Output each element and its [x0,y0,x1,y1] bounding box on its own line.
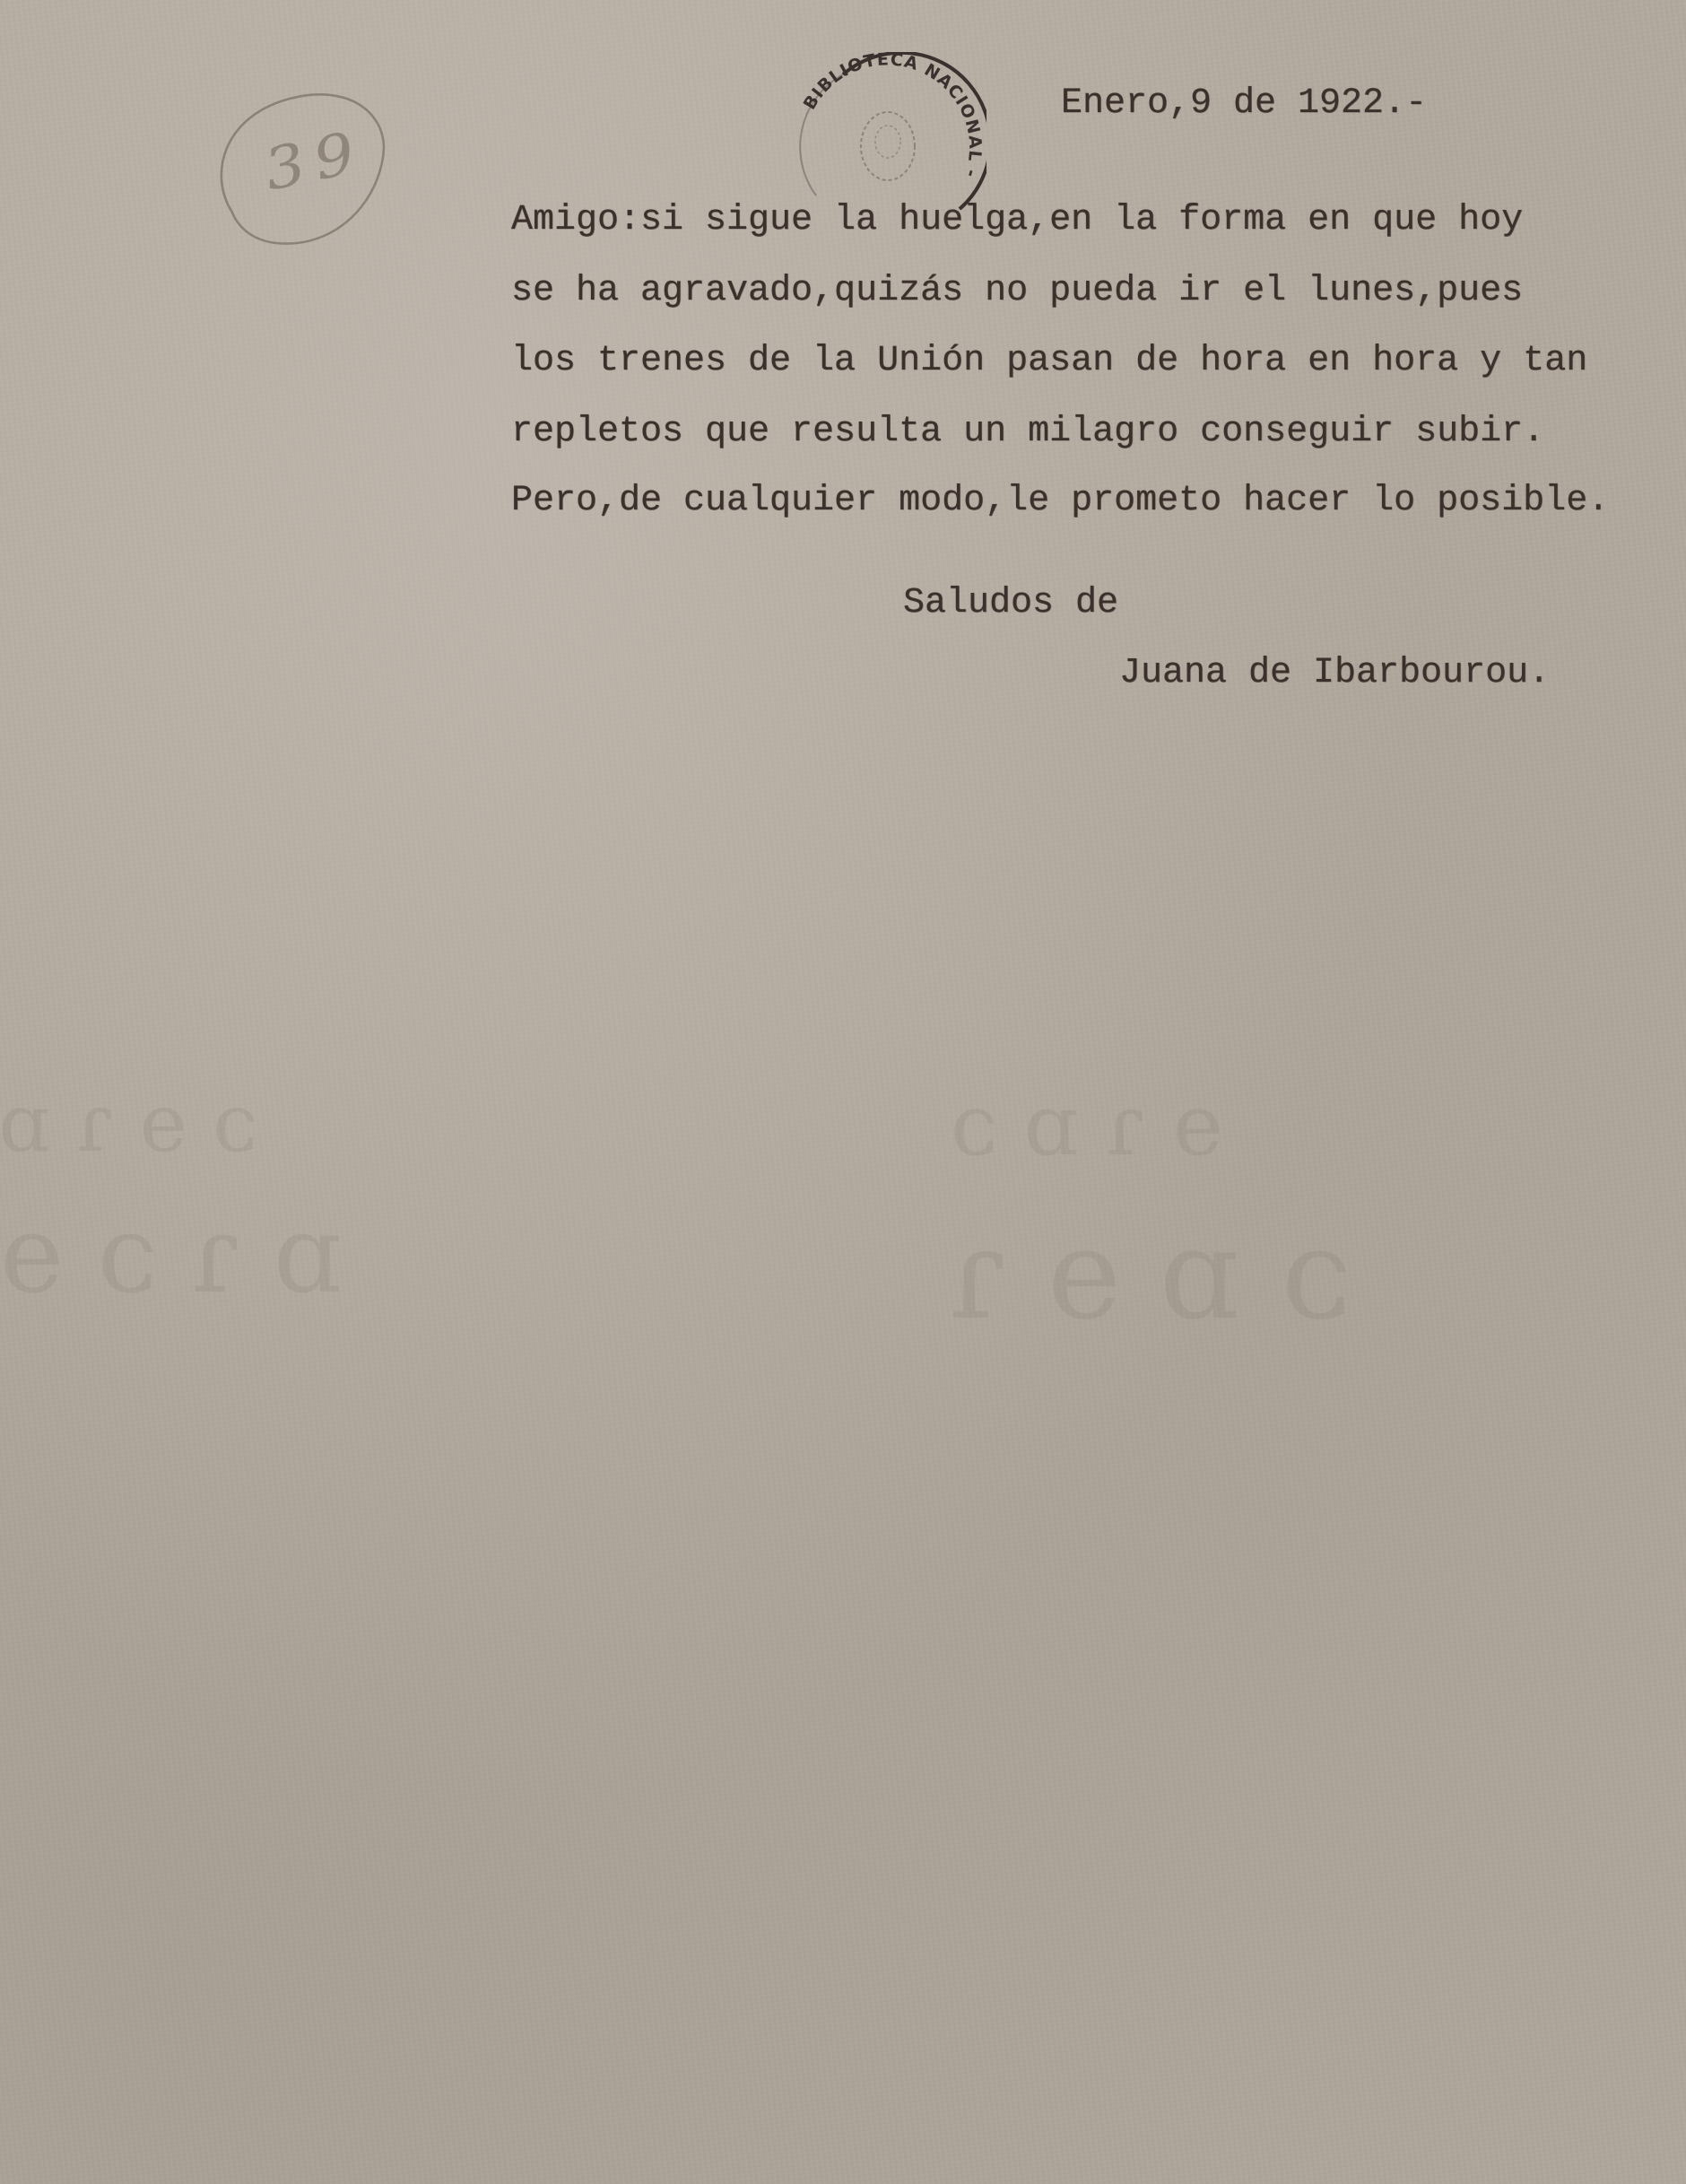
letter-signature: Juana de Ibarbourou. [1119,656,1550,692]
show-through-text: ɔ ɘ ɿ ɒ [0,1076,258,1170]
letter-date: Enero,9 de 1922.- [1061,86,1427,122]
show-through-text: ɒ ɿ ɔ ɘ [0,1193,344,1318]
letter-body-line: repletos que resulta un milagro consegui… [511,414,1544,450]
letter-body-line: los trenes de la Unión pasan de hora en … [511,344,1587,379]
archive-number-mark: 39 [204,76,393,256]
letter-body-line: Amigo:si sigue la huelga,en la forma en … [511,203,1523,239]
letter-closing: Saludos de [903,586,1118,622]
show-through-text: ɘ ɿ ɒ ɔ [951,1076,1223,1175]
letter-page: ɔ ɘ ɿ ɒ ɒ ɿ ɔ ɘ ɘ ɿ ɒ ɔ ɔ ɒ ɘ ɿ 39 BIBLI… [0,0,1686,2184]
letter-body-line: Pero,de cualquier modo,le prometo hacer … [511,483,1609,519]
letter-body-line: se ha agravado,quizás no pueda ir el lun… [511,274,1523,309]
show-through-text: ɔ ɒ ɘ ɿ [951,1202,1352,1348]
